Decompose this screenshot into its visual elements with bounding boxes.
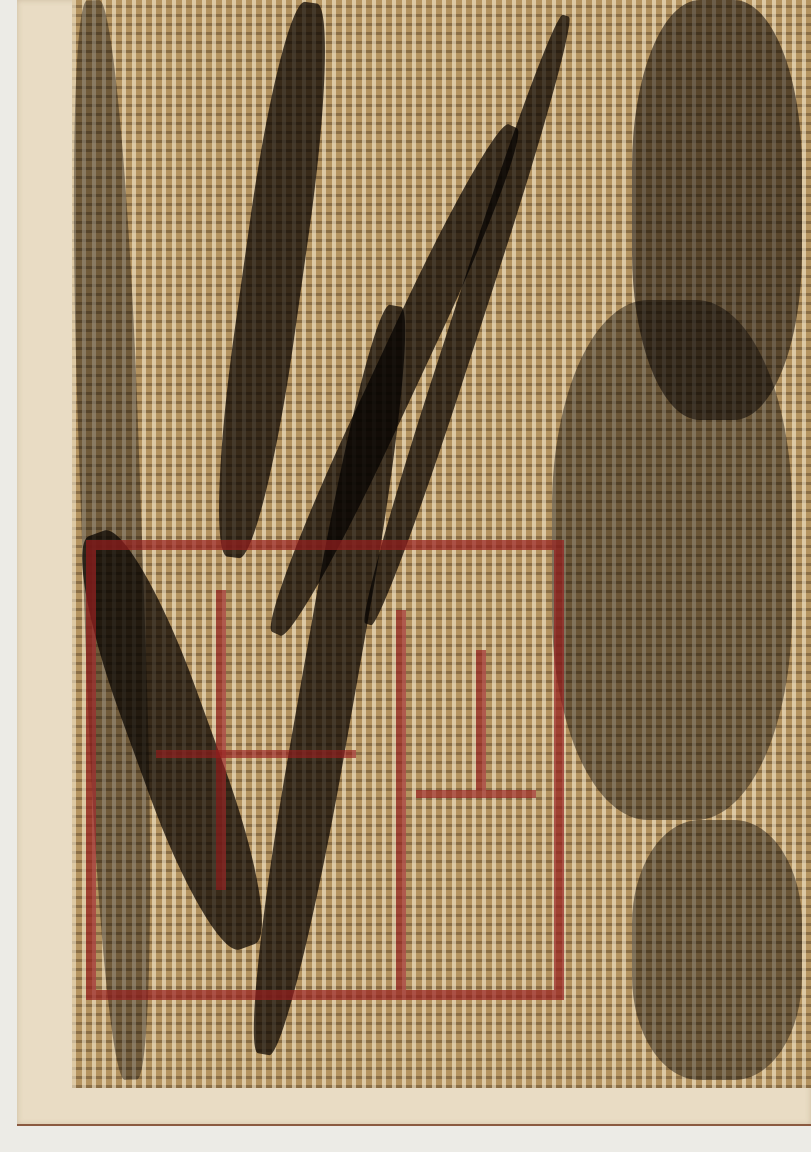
reed-stroke: [203, 0, 340, 561]
figure-stroke: [552, 300, 792, 820]
seal-glyph-stroke: [216, 590, 226, 890]
seal-glyph-stroke: [396, 610, 406, 990]
figure-stroke: [632, 820, 802, 1080]
seal-glyph-stroke: [156, 750, 356, 758]
textile-canvas: [72, 0, 811, 1088]
seal-glyph-stroke: [416, 790, 536, 798]
seal-glyph-stroke: [476, 650, 486, 790]
red-seal-stamp: [86, 540, 564, 1000]
mount-edge-line: [17, 1124, 811, 1126]
